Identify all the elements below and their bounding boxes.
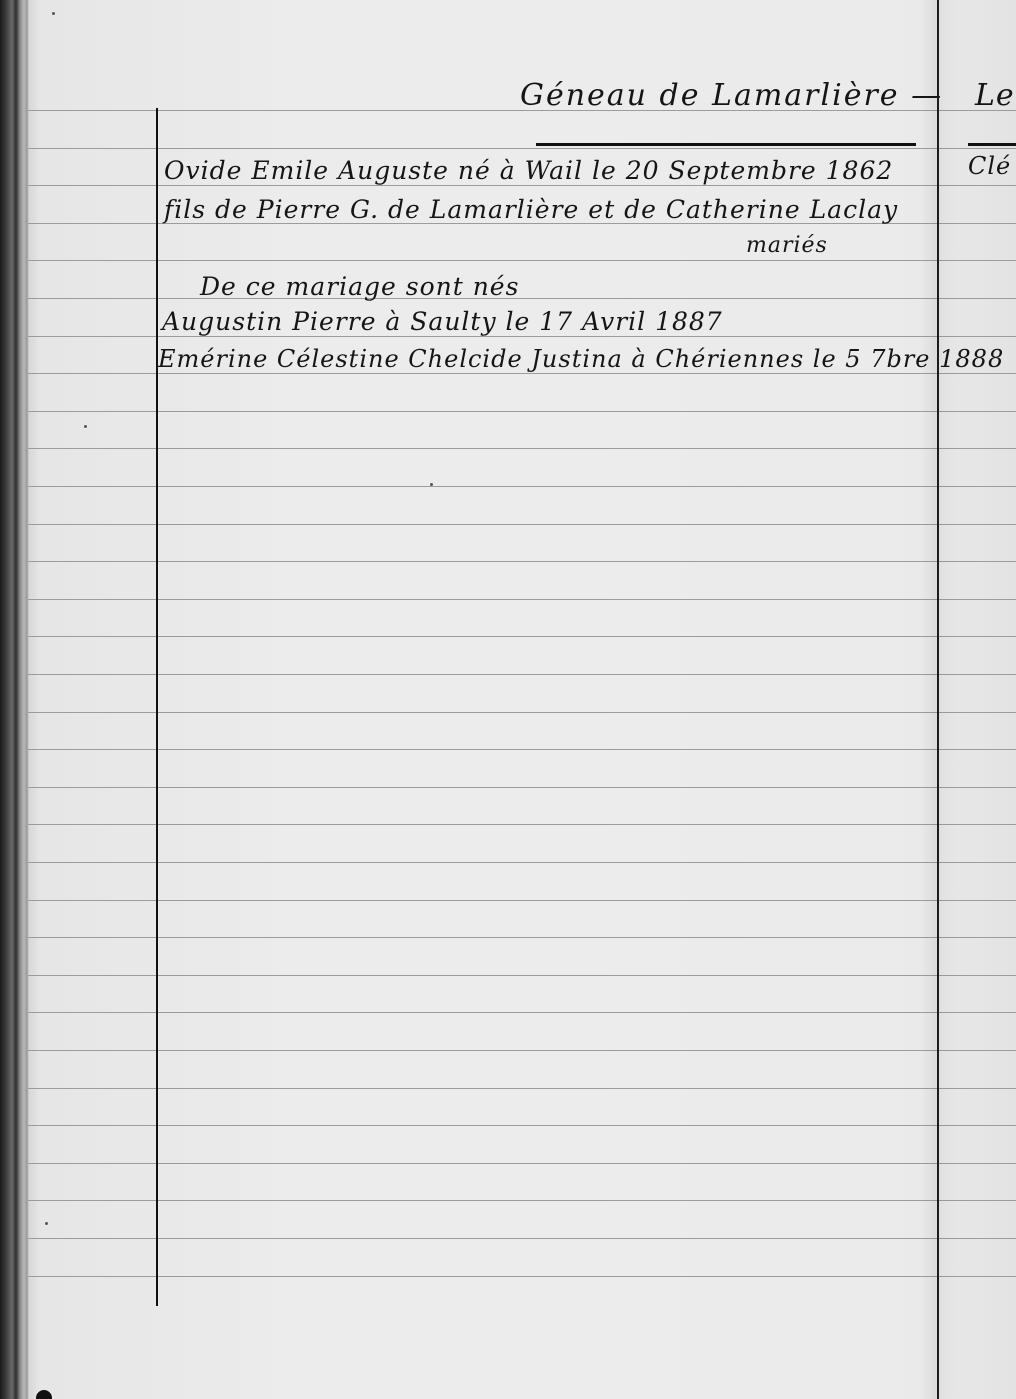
entry-line-parents: fils de Pierre G. de Lamarlière et de Ca…: [164, 195, 898, 224]
ruled-line: [28, 749, 1016, 750]
ruled-line: [28, 636, 1016, 637]
ruled-line: [28, 862, 1016, 863]
ruled-line: [28, 1088, 1016, 1089]
ruled-line: [28, 260, 1016, 261]
paper-speck: [430, 483, 433, 486]
ruled-line: [28, 1012, 1016, 1013]
ruled-line: [28, 1125, 1016, 1126]
ruled-line: [28, 937, 1016, 938]
entry-line-child-1: Augustin Pierre à Saulty le 17 Avril 188…: [162, 307, 723, 336]
entry-line-birth: Ovide Emile Auguste né à Wail le 20 Sept…: [164, 156, 893, 185]
facing-page-title-underline: [968, 143, 1016, 146]
ruled-line: [28, 712, 1016, 713]
entry-line-children-heading: De ce mariage sont nés: [200, 272, 519, 301]
ruled-line: [28, 148, 1016, 149]
paper-speck: [84, 425, 87, 428]
ruled-line: [28, 185, 1016, 186]
entry-line-married: mariés: [746, 233, 828, 258]
ruled-line: [28, 336, 1016, 337]
ruled-line: [28, 448, 1016, 449]
left-margin-line: [156, 108, 158, 1306]
ruled-line: [28, 411, 1016, 412]
title-underline: [536, 143, 916, 146]
ruled-line: [28, 674, 1016, 675]
ruled-line: [28, 298, 1016, 299]
entry-line-child-2: Emérine Célestine Chelcide Justina à Ché…: [158, 345, 1004, 373]
paper-speck: [45, 1222, 48, 1225]
page-title: Géneau de Lamarlière —: [520, 78, 943, 113]
register-page: Géneau de Lamarlière — Le Clé Ovide Emil…: [0, 0, 1016, 1399]
ruled-line: [28, 1238, 1016, 1239]
page-fold-line: [937, 0, 939, 1399]
ruled-line: [28, 524, 1016, 525]
facing-page-text: Clé: [968, 152, 1011, 180]
ruled-line: [28, 1163, 1016, 1164]
ruled-line: [28, 373, 1016, 374]
ink-blot: [36, 1390, 52, 1399]
ruled-line: [28, 975, 1016, 976]
facing-page-title: Le: [975, 78, 1015, 113]
ruled-line: [28, 486, 1016, 487]
paper-speck: [52, 12, 55, 15]
page-gutter-shadow: [920, 0, 960, 1399]
ruled-line: [28, 824, 1016, 825]
ruled-line: [28, 1276, 1016, 1277]
ruled-line: [28, 1050, 1016, 1051]
ruled-line: [28, 1200, 1016, 1201]
ruled-line: [28, 599, 1016, 600]
ruled-line: [28, 561, 1016, 562]
ruled-line: [28, 900, 1016, 901]
ruled-line: [28, 787, 1016, 788]
